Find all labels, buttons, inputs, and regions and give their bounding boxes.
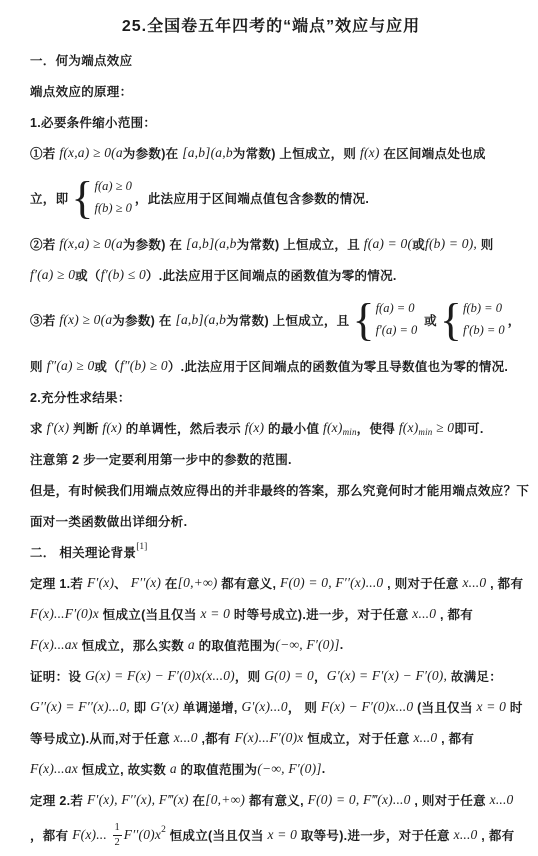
text-run: 在 <box>161 574 178 592</box>
fraction-denominator: 2 <box>113 836 122 849</box>
text-run: ，此法应用于区间端点值包含参数的情况. <box>135 189 369 207</box>
text-run: ）.此法应用于区间端点的函数值为零的情况. <box>146 266 397 284</box>
heading-section-2: 二． 相关理论背景[1] <box>30 536 512 567</box>
text-run: 注意第 2 步一定要利用第一步中的参数的范围. <box>30 450 292 468</box>
text-run: 定理 1.若 <box>30 574 87 592</box>
text-run: ,都有 <box>198 729 235 747</box>
text-run: 2.充分性求结果： <box>30 388 131 406</box>
text-run: ①若 <box>30 144 59 162</box>
math-run: f(x) <box>245 420 265 436</box>
math-run: f′(x) <box>47 420 70 436</box>
text-run: 端点效应的原理： <box>30 82 132 100</box>
text-run: 1.必要条件缩小范围： <box>30 113 156 131</box>
math-run: G′(x) <box>150 699 179 715</box>
fraction: 12 <box>113 821 122 848</box>
line-method2-b: f′(a) ≥ 0或（f′(b) ≤ 0）.此法应用于区间端点的函数值为零的情况… <box>30 259 512 290</box>
math-run: F(x)... <box>72 827 110 843</box>
math-run: f″(b) ≥ 0 <box>120 358 168 374</box>
math-run: x...0 <box>413 730 437 746</box>
text-run: ，使得 <box>357 419 399 437</box>
line-method1-a: ①若 f(x,a) ≥ 0(a为参数)在 [a,b](a,b为常数) 上恒成立，… <box>30 137 512 168</box>
text-run: 即可. <box>454 419 483 437</box>
document-body: 一．何为端点效应端点效应的原理：1.必要条件缩小范围：①若 f(x,a) ≥ 0… <box>30 44 512 855</box>
text-run: 恒成立，那么实数 <box>78 636 188 654</box>
text-run: 为常数) 上恒成立，则 <box>233 144 360 162</box>
math-run: f(x) ≥ 0(a <box>59 312 112 328</box>
line-theorem2-a: 定理 2.若 F′(x), F′′(x), F‴(x) 在[0,+∞) 都有意义… <box>30 784 512 815</box>
math-run: G(0) = 0 <box>264 668 314 684</box>
superscript: 2 <box>161 825 166 835</box>
text-run: 时 <box>506 698 523 716</box>
brace-rows: f(a) ≥ 0f(b) ≥ 0 <box>95 176 132 220</box>
text-run: ③若 <box>30 311 59 329</box>
text-run: 恒成立(当且仅当 <box>99 605 201 623</box>
math-run: F(x)...F′(0)x <box>30 606 99 622</box>
line-theorem1-b: F(x)...F′(0)x 恒成立(当且仅当 x = 0 时等号成立).进一步，… <box>30 598 512 629</box>
math-run: f(x,a) ≥ 0(a <box>59 236 122 252</box>
text-run: 都有意义, <box>217 574 280 592</box>
math-run: x = 0 <box>477 699 507 715</box>
math-run: f(a) ≥ 0 <box>95 176 132 198</box>
math-run: x = 0 <box>267 827 297 843</box>
text-run: 即 <box>130 698 150 716</box>
math-run: F′′(x) <box>131 575 161 591</box>
math-run: f′(a) ≥ 0 <box>30 267 75 283</box>
text-run: 恒成立(当且仅当 <box>166 826 268 844</box>
fraction-numerator: 1 <box>113 821 122 835</box>
text-run: 为常数) 上恒成立，且 <box>226 311 349 329</box>
math-run: f(x) <box>360 145 380 161</box>
math-run: G(x) = F(x) − F′(0)x(x...0) <box>85 668 235 684</box>
math-run: (−∞, F′(0)] <box>257 761 321 777</box>
math-run: x...0 <box>490 792 514 808</box>
text-run: 证明：设 <box>30 667 85 685</box>
document-page: 25.全国卷五年四考的“端点”效应与应用 一．何为端点效应端点效应的原理：1.必… <box>0 0 538 856</box>
text-run: 的取值范围为 <box>195 636 276 654</box>
heading-necessary-condition: 1.必要条件缩小范围： <box>30 106 512 137</box>
text-run: , 则对于任意 <box>411 791 490 809</box>
math-run: G′(x)...0 <box>241 699 287 715</box>
text-run: 都有意义, <box>245 791 308 809</box>
brace-system: {f(a) = 0f′(a) = 0 <box>352 297 417 343</box>
math-run: F(x)...F′(0)x <box>235 730 304 746</box>
text-run: 定理 2.若 <box>30 791 87 809</box>
text-run: 、 <box>114 574 131 592</box>
text-run: 单调递增, <box>179 698 242 716</box>
line-method3-b: 则 f″(a) ≥ 0或（f″(b) ≥ 0）.此法应用于区间端点的函数值为零且… <box>30 350 512 381</box>
subscript: min <box>418 427 432 437</box>
text-run: 则 <box>477 235 494 253</box>
text-run: 故满足： <box>447 667 502 685</box>
text-run: 在区间端点处也成 <box>380 144 486 162</box>
math-run: f(a) = 0( <box>364 236 412 252</box>
text-run: , 都有 <box>437 729 474 747</box>
text-run: . <box>322 762 326 776</box>
superscript: [1] <box>136 542 147 552</box>
text-run: 的单调性，然后表示 <box>122 419 245 437</box>
line-method2-a: ②若 f(x,a) ≥ 0(a为参数) 在 [a,b](a,b为常数) 上恒成立… <box>30 228 512 259</box>
text-run: ， <box>508 311 521 329</box>
text-run: 为参数) 在 <box>123 235 186 253</box>
brace-system: {f(b) = 0f′(b) = 0 <box>440 297 505 343</box>
math-run: [a,b](a,b <box>175 312 226 328</box>
text-run: 二． 相关理论背景 <box>30 543 136 561</box>
text-run: ）.此法应用于区间端点的函数值为零且导数值也为零的情况. <box>168 357 508 375</box>
math-run: F(x)...ax <box>30 637 78 653</box>
line-principle: 端点效应的原理： <box>30 75 512 106</box>
brace-rows: f(b) = 0f′(b) = 0 <box>463 298 505 342</box>
text-run: 一．何为端点效应 <box>30 51 132 69</box>
brace-system: {f(a) ≥ 0f(b) ≥ 0 <box>71 175 132 221</box>
text-run: 或（ <box>75 266 101 284</box>
math-run: F(x) − F′(0)x...0 <box>321 699 413 715</box>
text-run: 在 <box>189 791 206 809</box>
math-run: [a,b](a,b <box>186 236 237 252</box>
math-run: x...0 <box>462 575 486 591</box>
text-run: 为参数)在 <box>123 144 182 162</box>
text-run: . <box>340 638 344 652</box>
line-discussion-b: 面对一类函数做出详细分析. <box>30 505 512 536</box>
math-run: f(a) = 0 <box>376 298 418 320</box>
line-sufficiency-detail: 求 f′(x) 判断 f(x) 的单调性，然后表示 f(x) 的最小值 f(x)… <box>30 412 512 443</box>
text-run: 的最小值 <box>264 419 323 437</box>
text-run: , 都有 <box>486 574 523 592</box>
math-run: f(b) = 0 <box>463 298 505 320</box>
text-run: 求 <box>30 419 47 437</box>
text-run: 立，即 <box>30 189 68 207</box>
text-run: ， <box>314 667 327 685</box>
math-run: ≥ 0 <box>433 420 455 436</box>
document-title: 25.全国卷五年四考的“端点”效应与应用 <box>30 4 512 44</box>
math-run: F(0) = 0, F‴(x)...0 <box>308 792 411 808</box>
text-run: ， 则 <box>288 698 321 716</box>
text-run: , 都有 <box>478 826 515 844</box>
math-run: x...0 <box>454 827 478 843</box>
math-run: x = 0 <box>201 606 231 622</box>
text-run: 恒成立, 故实数 <box>78 760 170 778</box>
line-note: 注意第 2 步一定要利用第一步中的参数的范围. <box>30 443 512 474</box>
left-brace-icon: { <box>440 297 462 343</box>
math-run: f(x,a) ≥ 0(a <box>59 145 122 161</box>
line-proof-c: 等号成立).从而,对于任意 x...0 ,都有 F(x)...F′(0)x 恒成… <box>30 722 512 753</box>
left-brace-icon: { <box>71 175 93 221</box>
math-run: G′′(x) = F′′(x)...0, <box>30 699 130 715</box>
text-run: ，则 <box>235 667 264 685</box>
line-theorem2-b: ，都有 F(x)... 12F′′(0)x2 恒成立(当且仅当 x = 0 取等… <box>30 815 512 855</box>
text-run: ②若 <box>30 235 59 253</box>
brace-rows: f(a) = 0f′(a) = 0 <box>376 298 418 342</box>
math-run: f″(a) ≥ 0 <box>47 358 95 374</box>
math-run: f(x) <box>323 420 343 436</box>
math-run: G′(x) = F′(x) − F′(0), <box>327 668 447 684</box>
heading-sufficiency: 2.充分性求结果： <box>30 381 512 412</box>
heading-section-1: 一．何为端点效应 <box>30 44 512 75</box>
text-run: 等号成立).从而,对于任意 <box>30 729 174 747</box>
math-run: F′′(0)x <box>124 827 161 843</box>
math-run: [0,+∞) <box>205 792 245 808</box>
math-run: f(x) <box>102 420 122 436</box>
text-run: 为常数) 上恒成立，且 <box>237 235 364 253</box>
text-run: 或 <box>412 235 425 253</box>
math-run: x...0 <box>174 730 198 746</box>
text-run: (当且仅当 <box>413 698 476 716</box>
line-proof-b: G′′(x) = F′′(x)...0, 即 G′(x) 单调递增, G′(x)… <box>30 691 512 722</box>
text-run: , 则对于任意 <box>383 574 462 592</box>
text-run: 判断 <box>69 419 102 437</box>
math-run: F(x)...ax <box>30 761 78 777</box>
math-run: f′(b) = 0 <box>463 320 505 342</box>
text-run: 或（ <box>94 357 120 375</box>
text-run: 则 <box>30 357 47 375</box>
text-run: ，都有 <box>30 826 72 844</box>
math-run: (−∞, F′(0)] <box>275 637 339 653</box>
math-run: F′(x) <box>87 575 114 591</box>
text-run: 时等号成立).进一步，对于任意 <box>230 605 412 623</box>
text-run: 面对一类函数做出详细分析. <box>30 512 187 530</box>
math-run: f′(a) = 0 <box>376 320 418 342</box>
math-run: [a,b](a,b <box>182 145 233 161</box>
line-proof-a: 证明：设 G(x) = F(x) − F′(0)x(x...0)，则 G(0) … <box>30 660 512 691</box>
math-run: F′(x), F′′(x), F‴(x) <box>87 792 189 808</box>
math-run: F(0) = 0, F′′(x)...0 <box>280 575 383 591</box>
math-run: f′(b) ≤ 0 <box>101 267 146 283</box>
math-run: a <box>170 761 177 777</box>
text-run: 或 <box>420 311 437 329</box>
text-run: 的取值范围为 <box>177 760 258 778</box>
text-run: 恒成立，对于任意 <box>303 729 413 747</box>
line-method1-b: 立，即{f(a) ≥ 0f(b) ≥ 0，此法应用于区间端点值包含参数的情况. <box>30 168 512 228</box>
math-run: [0,+∞) <box>178 575 218 591</box>
math-run: f(b) ≥ 0 <box>95 198 132 220</box>
math-run: x...0 <box>412 606 436 622</box>
math-run: f(b) = 0), <box>425 236 477 252</box>
text-run: 取等号).进一步，对于任意 <box>297 826 454 844</box>
text-run: 为参数) 在 <box>112 311 175 329</box>
text-run: , 都有 <box>436 605 473 623</box>
math-run: f(x) <box>399 420 419 436</box>
math-run: a <box>188 637 195 653</box>
line-proof-d: F(x)...ax 恒成立, 故实数 a 的取值范围为(−∞, F′(0)]. <box>30 753 512 784</box>
line-method3-a: ③若 f(x) ≥ 0(a为参数) 在 [a,b](a,b为常数) 上恒成立，且… <box>30 290 512 350</box>
left-brace-icon: { <box>352 297 374 343</box>
text-run: 但是，有时候我们用端点效应得出的并非最终的答案，那么究竟何时才能用端点效应？下 <box>30 481 529 499</box>
subscript: min <box>343 427 357 437</box>
line-theorem1-a: 定理 1.若 F′(x)、 F′′(x) 在[0,+∞) 都有意义, F(0) … <box>30 567 512 598</box>
line-discussion-a: 但是，有时候我们用端点效应得出的并非最终的答案，那么究竟何时才能用端点效应？下 <box>30 474 512 505</box>
line-theorem1-c: F(x)...ax 恒成立，那么实数 a 的取值范围为(−∞, F′(0)]. <box>30 629 512 660</box>
